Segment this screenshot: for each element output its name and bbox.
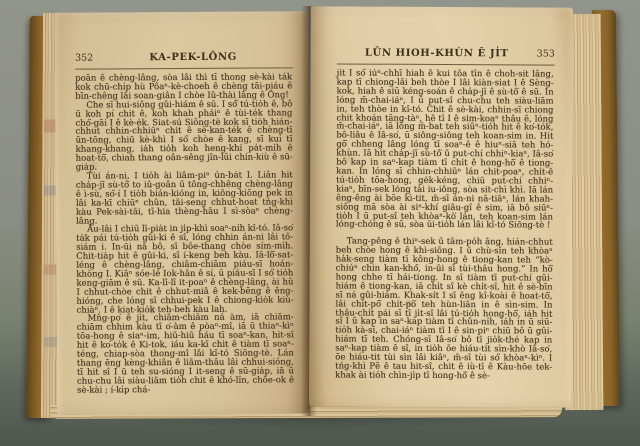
- paragraph: Mn̂g-po͘ ê ji̍t, chiām-chiām ná àm, iā c…: [77, 314, 294, 395]
- paragraph: Āu-lâi I chiū lī-pia̍t in ji̍p-khì soaⁿ-…: [76, 225, 294, 315]
- left-running-header: KA-PEK-LÔNG: [93, 51, 293, 63]
- paragraph: Che sī hui-siông gûi-hiám ê sū. I só͘ tú…: [75, 100, 292, 173]
- left-page-header: 352 KA-PEK-LÔNG: [75, 51, 293, 63]
- right-page-header: LŪN HIOH-KHÙN Ê JI̍T 353: [337, 47, 555, 59]
- right-header-rule: [337, 63, 555, 65]
- paragraph: ji̍t I só͘ iúⁿ-chhī hiah ê kui tōa tīn ê…: [336, 69, 554, 230]
- right-page-text: ji̍t I só͘ iúⁿ-chhī hiah ê kui tōa tīn ê…: [335, 69, 554, 381]
- right-page: LŪN HIOH-KHÙN Ê JI̍T 353 ji̍t I só͘ iúⁿ-…: [309, 6, 573, 407]
- paragraph: Tùi án-ni, I tio̍h ài liâm-piⁿ ún-ba̍t I…: [76, 171, 293, 226]
- left-page-number: 352: [75, 53, 93, 64]
- left-page-text: poān ê chèng-lâng, sòa lâi thì tī thong …: [75, 73, 294, 395]
- paragraph: poān ê chèng-lâng, sòa lâi thì tī thong …: [75, 73, 292, 101]
- right-page-number: 353: [537, 48, 555, 59]
- left-header-rule: [75, 67, 293, 69]
- right-running-header: LŪN HIOH-KHÙN Ê JI̍T: [337, 47, 537, 59]
- paragraph: Tang-pêng ê thiⁿ-sek ū tām-po̍h âng, hiá…: [335, 238, 553, 382]
- left-page: 352 KA-PEK-LÔNG poān ê chèng-lâng, sòa l…: [55, 11, 309, 415]
- book-photo: 352 KA-PEK-LÔNG poān ê chèng-lâng, sòa l…: [0, 0, 640, 446]
